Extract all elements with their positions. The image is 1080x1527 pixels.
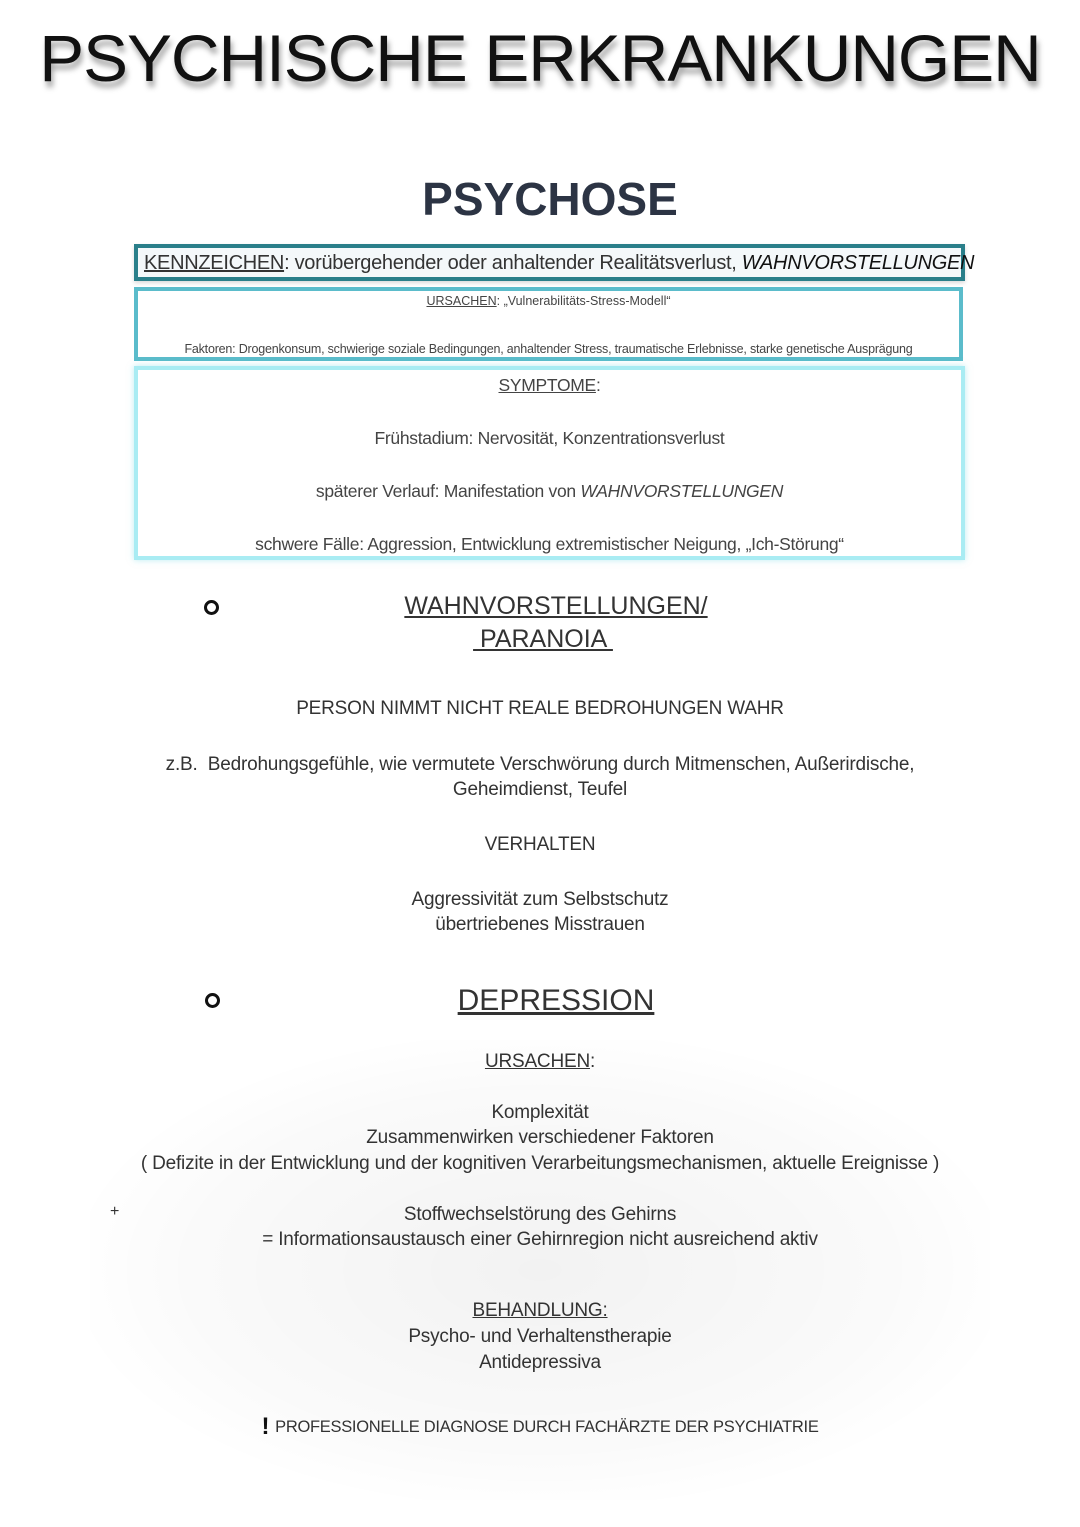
symptome-heading: SYMPTOME: <box>138 375 961 396</box>
wahn-example-line1: z.B. Bedrohungsgefühle, wie vermutete Ve… <box>0 754 1080 776</box>
kennzeichen-text: : vorübergehender oder anhaltender Reali… <box>284 252 742 274</box>
depression-heading: DEPRESSION <box>0 984 1080 1018</box>
ursachen-model-line: URSACHEN: „Vulnerabilitäts-Stress-Modell… <box>138 294 959 308</box>
verhalten-item: Aggressivität zum Selbstschutz <box>0 889 1080 911</box>
stoffwechsel-line: Stoffwechselstörung des Gehirns <box>0 1204 1080 1226</box>
symptom-fruehstadium: Frühstadium: Nervosität, Konzentrationsv… <box>138 428 961 449</box>
kennzeichen-line: KENNZEICHEN: vorübergehender oder anhalt… <box>144 252 974 275</box>
ursache-line: ( Defizite in der Entwicklung und der ko… <box>0 1153 1080 1175</box>
behandlung-item: Psycho- und Verhaltenstherapie <box>0 1326 1080 1348</box>
page-title: PSYCHISCHE ERKRANKUNGEN <box>0 20 1080 96</box>
verhalten-label: VERHALTEN <box>0 834 1080 856</box>
wahn-example-line2: Geheimdienst, Teufel <box>0 779 1080 801</box>
ursachen-label: URSACHEN <box>426 294 496 308</box>
exclamation-icon: ! <box>261 1413 269 1440</box>
symptom-spaeter-emphasis: WAHNVORSTELLUNGEN <box>580 481 783 501</box>
symptome-label: SYMPTOME <box>499 375 596 395</box>
symptome-box: SYMPTOME: Frühstadium: Nervosität, Konze… <box>134 366 965 560</box>
depression-ursachen-colon: : <box>590 1051 595 1072</box>
ursache-line: Zusammenwirken verschiedener Faktoren <box>0 1127 1080 1149</box>
depression-ursachen-heading: URSACHEN: <box>0 1051 1080 1073</box>
kennzeichen-box: KENNZEICHEN: vorübergehender oder anhalt… <box>134 244 965 281</box>
stoffwechsel-line: = Informationsaustausch einer Gehirnregi… <box>0 1229 1080 1251</box>
depression-ursachen-label: URSACHEN <box>485 1051 590 1072</box>
warning-line: !PROFESSIONELLE DIAGNOSE DURCH FACHÄRZTE… <box>0 1413 1080 1441</box>
symptome-colon: : <box>596 375 601 395</box>
warning-text: PROFESSIONELLE DIAGNOSE DURCH FACHÄRZTE … <box>275 1418 818 1436</box>
kennzeichen-emphasis: WAHNVORSTELLUNGEN <box>742 252 974 274</box>
kennzeichen-label: KENNZEICHEN <box>144 252 284 274</box>
behandlung-item: Antidepressiva <box>0 1352 1080 1374</box>
symptom-spaeter-text: späterer Verlauf: Manifestation von <box>316 481 581 501</box>
wahn-statement: PERSON NIMMT NICHT REALE BEDROHUNGEN WAH… <box>0 698 1080 720</box>
ursache-line: Komplexität <box>0 1102 1080 1124</box>
verhalten-item: übertriebenes Misstrauen <box>0 914 1080 936</box>
symptom-schwer: schwere Fälle: Aggression, Entwicklung e… <box>138 534 961 555</box>
ursachen-model: : „Vulnerabilitäts-Stress-Modell“ <box>497 294 671 308</box>
wahn-heading-line1: WAHNVORSTELLUNGEN/ <box>0 592 1080 621</box>
wahn-heading-line2: PARANOIA <box>0 625 1080 654</box>
ursachen-box: URSACHEN: „Vulnerabilitäts-Stress-Modell… <box>134 287 963 361</box>
ursachen-faktoren: Faktoren: Drogenkonsum, schwierige sozia… <box>138 342 959 356</box>
symptom-spaeter: späterer Verlauf: Manifestation von WAHN… <box>138 481 961 502</box>
psychose-heading: PSYCHOSE <box>0 172 1080 226</box>
behandlung-label: BEHANDLUNG: <box>0 1300 1080 1322</box>
